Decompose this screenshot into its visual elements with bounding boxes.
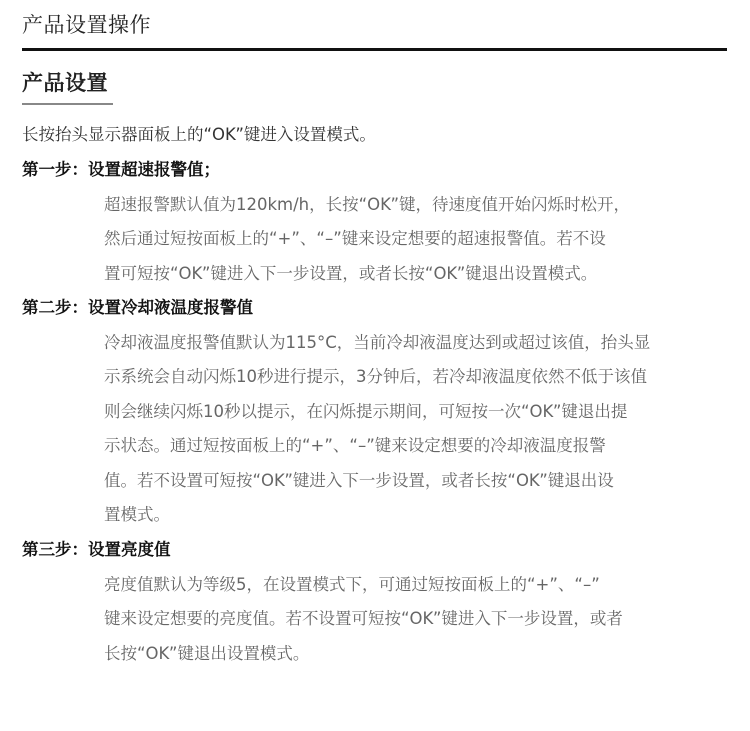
step-1-line: 然后通过短按面板上的“+”、“–”键来设定想要的超速报警值。若不设 [104, 222, 734, 256]
step-2-line: 示状态。通过短按面板上的“+”、“–”键来设定想要的冷却液温度报警 [104, 429, 734, 463]
section-title: 产品设置 [22, 68, 108, 98]
step-2-line: 则会继续闪烁10秒以提示，在闪烁提示期间，可短按一次“OK”键退出提 [104, 395, 734, 429]
step-1-line: 置可短按“OK”键进入下一步设置，或者长按“OK”键退出设置模式。 [104, 257, 734, 291]
step-2-heading: 第二步：设置冷却液温度报警值 [22, 295, 253, 321]
section-title-underline [22, 103, 113, 105]
step-1-body: 超速报警默认值为120km/h，长按“OK”键，待速度值开始闪烁时松开， 然后通… [104, 188, 734, 291]
step-2-line: 示系统会自动闪烁10秒进行提示，3分钟后，若冷却液温度依然不低于该值 [104, 360, 734, 394]
step-3-heading: 第三步：设置亮度值 [22, 537, 171, 563]
step-1-heading: 第一步：设置超速报警值； [22, 157, 220, 183]
step-3-line: 亮度值默认为等级5，在设置模式下，可通过短按面板上的“+”、“–” [104, 568, 734, 602]
step-2-line: 冷却液温度报警值默认为115°C，当前冷却液温度达到或超过该值，抬头显 [104, 326, 734, 360]
intro-text: 长按抬头显示器面板上的“OK”键进入设置模式。 [22, 122, 376, 148]
step-3-body: 亮度值默认为等级5，在设置模式下，可通过短按面板上的“+”、“–” 键来设定想要… [104, 568, 734, 671]
step-3-line: 长按“OK”键退出设置模式。 [104, 637, 734, 671]
step-1-line: 超速报警默认值为120km/h，长按“OK”键，待速度值开始闪烁时松开， [104, 188, 734, 222]
step-3-line: 键来设定想要的亮度值。若不设置可短按“OK”键进入下一步设置，或者 [104, 602, 734, 636]
step-2-line: 值。若不设置可短按“OK”键进入下一步设置，或者长按“OK”键退出设 [104, 464, 734, 498]
step-2-body: 冷却液温度报警值默认为115°C，当前冷却液温度达到或超过该值，抬头显 示系统会… [104, 326, 734, 532]
step-2-line: 置模式。 [104, 498, 734, 532]
top-divider [22, 48, 727, 51]
page-title: 产品设置操作 [22, 10, 151, 40]
